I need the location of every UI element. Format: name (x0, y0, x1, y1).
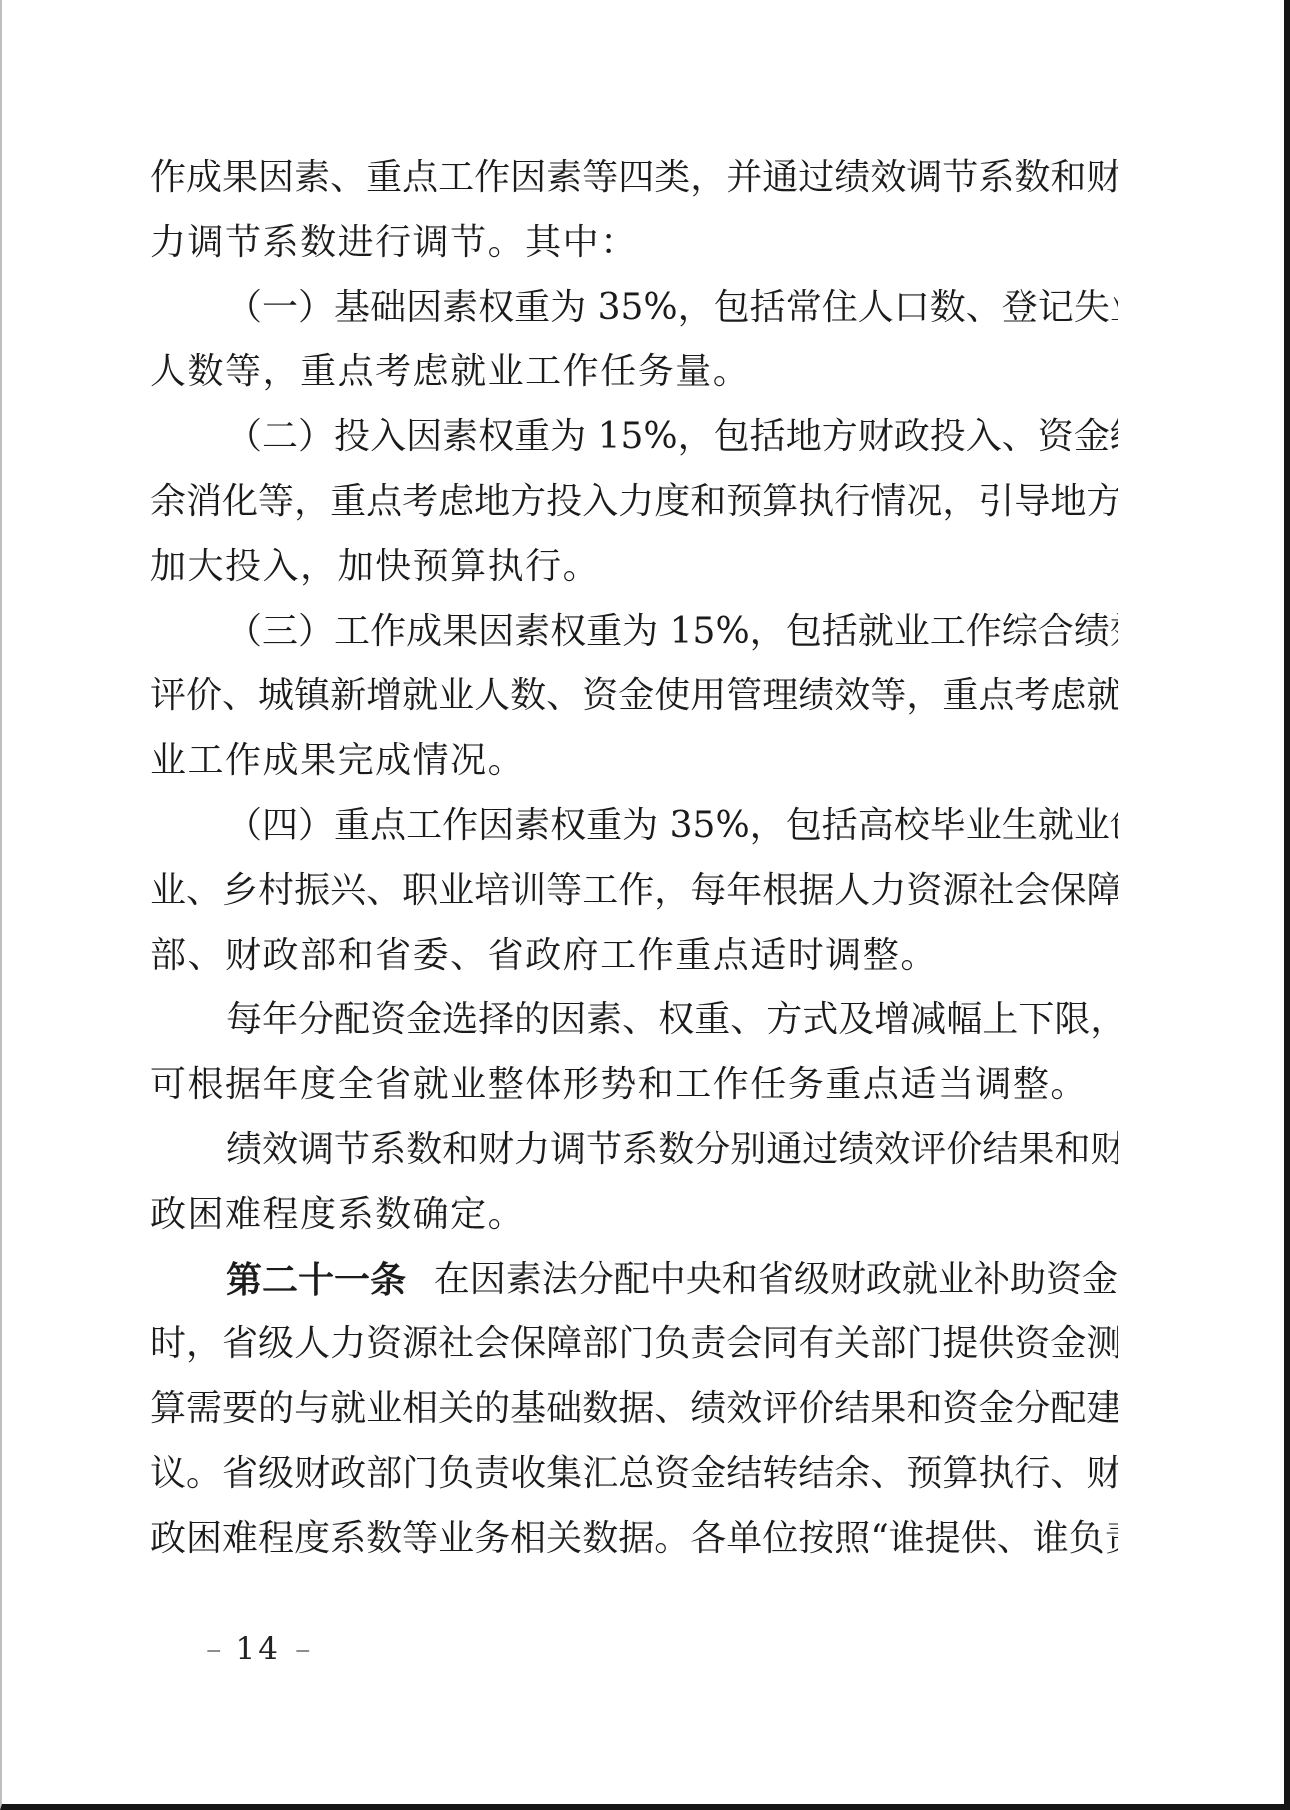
text-line: 加大投入，加快预算执行。 (150, 535, 1118, 600)
text-line: 绩效调节系数和财力调节系数分别通过绩效评价结果和财 (150, 1118, 1118, 1183)
text-line: 第二十一条在因素法分配中央和省级财政就业补助资金 (150, 1248, 1118, 1313)
text-line: 时，省级人力资源社会保障部门负责会同有关部门提供资金测 (150, 1312, 1118, 1377)
text-line: 余消化等，重点考虑地方投入力度和预算执行情况，引导地方 (150, 470, 1118, 535)
text-line: 业工作成果完成情况。 (150, 729, 1118, 794)
text-line: 作成果因素、重点工作因素等四类，并通过绩效调节系数和财 (150, 146, 1118, 211)
section-title-gap (406, 1279, 434, 1280)
text-line: 可根据年度全省就业整体形势和工作任务重点适当调整。 (150, 1053, 1118, 1118)
page-number-right-dash: – (295, 1631, 311, 1667)
text-line: 算需要的与就业相关的基础数据、绩效评价结果和资金分配建 (150, 1377, 1118, 1442)
text-line: （四）重点工作因素权重为 35%，包括高校毕业生就业创 (150, 794, 1118, 859)
document-page: 作成果因素、重点工作因素等四类，并通过绩效调节系数和财力调节系数进行调节。其中：… (0, 0, 1290, 1810)
text-line: （三）工作成果因素权重为 15%，包括就业工作综合绩效 (150, 600, 1118, 665)
text-line: 人数等，重点考虑就业工作任务量。 (150, 340, 1118, 405)
text-line: 部、财政部和省委、省政府工作重点适时调整。 (150, 924, 1118, 989)
text-line: （二）投入因素权重为 15%，包括地方财政投入、资金结 (150, 405, 1118, 470)
text-line: （一）基础因素权重为 35%，包括常住人口数、登记失业 (150, 276, 1118, 341)
text-line: 议。省级财政部门负责收集汇总资金结转结余、预算执行、财 (150, 1442, 1118, 1507)
text-line: 政困难程度系数等业务相关数据。各单位按照“谁提供、谁负责” (150, 1507, 1118, 1572)
text-line: 评价、城镇新增就业人数、资金使用管理绩效等，重点考虑就 (150, 664, 1118, 729)
page-number: –14– (206, 1629, 310, 1669)
page-number-left-dash: – (206, 1631, 222, 1667)
text-line: 业、乡村振兴、职业培训等工作，每年根据人力资源社会保障 (150, 859, 1118, 924)
document-body: 作成果因素、重点工作因素等四类，并通过绩效调节系数和财力调节系数进行调节。其中：… (150, 146, 1118, 1572)
text-line: 力调节系数进行调节。其中： (150, 211, 1118, 276)
text-line: 政困难程度系数确定。 (150, 1183, 1118, 1248)
page-number-value: 14 (236, 1631, 281, 1667)
text-line: 每年分配资金选择的因素、权重、方式及增减幅上下限， (150, 988, 1118, 1053)
